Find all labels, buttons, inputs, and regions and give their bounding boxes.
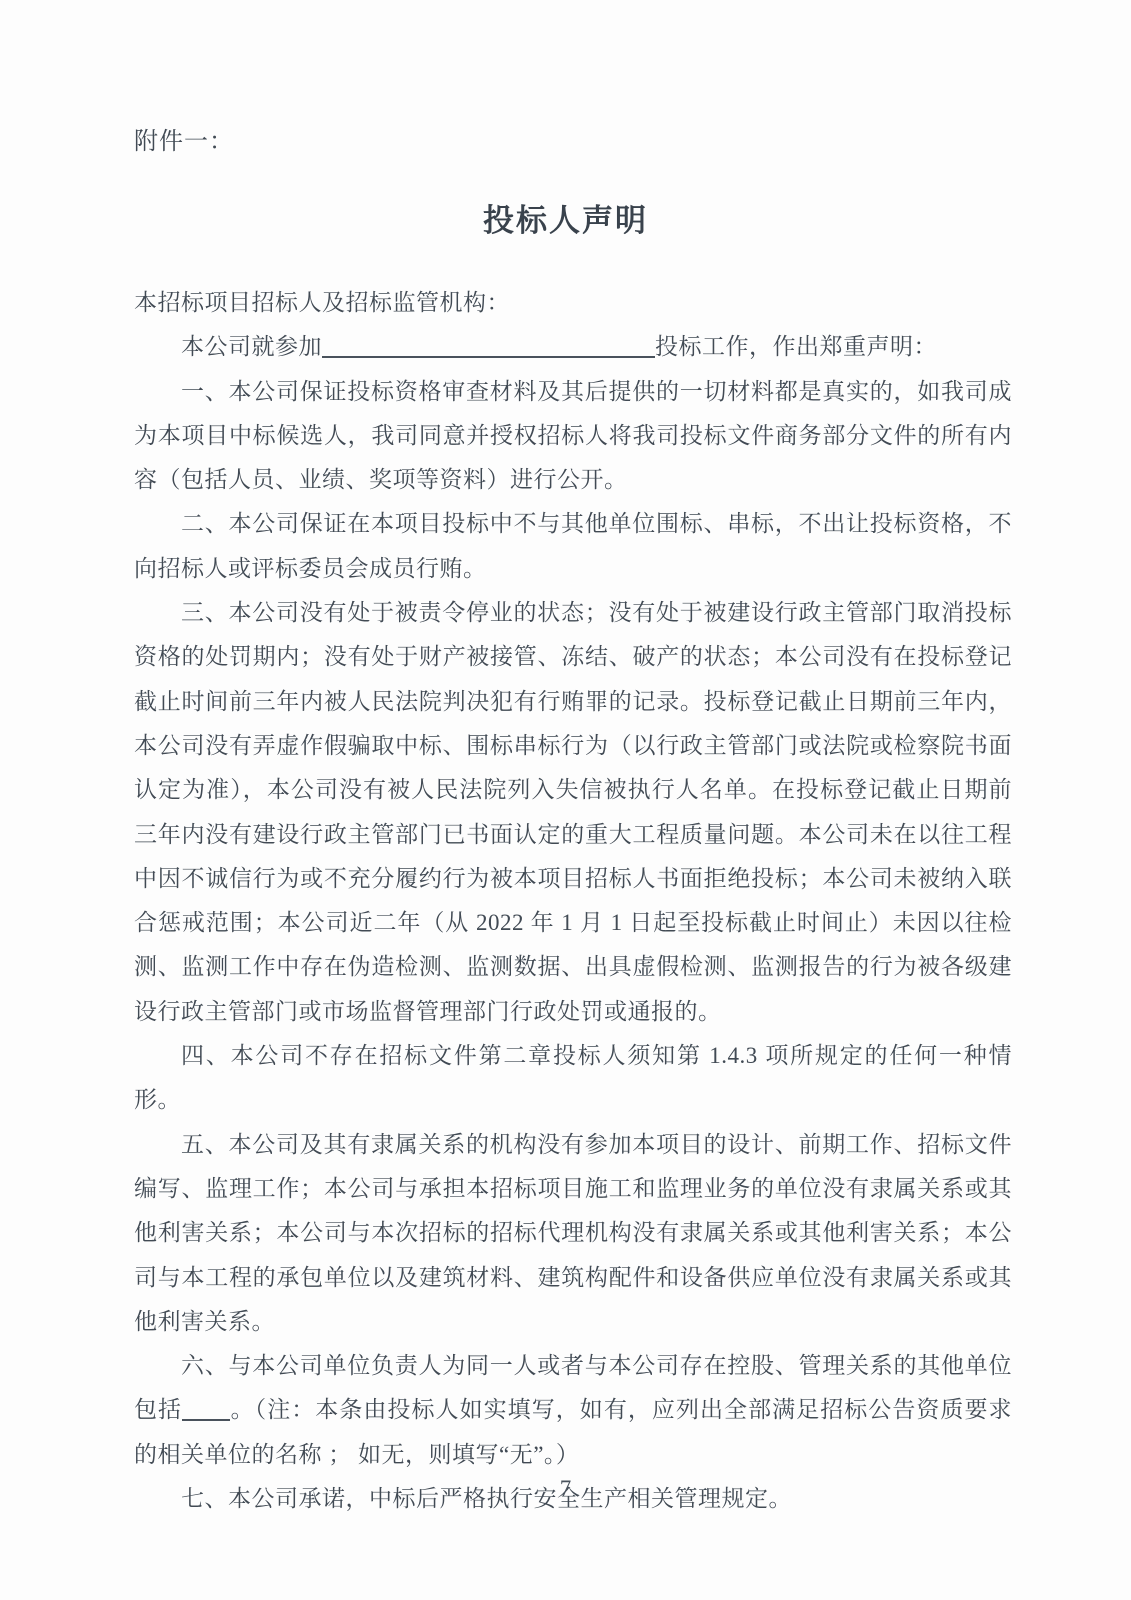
- project-name-blank-field[interactable]: [322, 333, 655, 358]
- clause-4: 四、本公司不存在招标文件第二章投标人须知第 1.4.3 项所规定的任何一种情形。: [134, 1034, 1012, 1123]
- clause-6: 六、与本公司单位负责人为同一人或者与本公司存在控股、管理关系的其他单位包括。（注…: [134, 1344, 1012, 1477]
- clause-5: 五、本公司及其有隶属关系的机构没有参加本项目的设计、前期工作、招标文件编写、监理…: [134, 1123, 1012, 1344]
- clause-6-suffix: 。（注：本条由投标人如实填写，如有，应列出全部满足招标公告资质要求的相关单位的名…: [134, 1397, 1012, 1466]
- clause-1: 一、本公司保证投标资格审查材料及其后提供的一切材料都是真实的，如我司成为本项目中…: [134, 370, 1012, 503]
- page-number: 7: [0, 1476, 1131, 1502]
- recipient-line-text: 本招标项目招标人及招标监管机构：: [134, 290, 510, 315]
- participation-prefix: 本公司就参加: [181, 334, 322, 359]
- document-title: 投标人声明: [0, 198, 1131, 244]
- attachment-label: 附件一：: [134, 126, 234, 158]
- participation-line: 本公司就参加投标工作，作出郑重声明：: [134, 325, 1012, 369]
- declaration-body: 本招标项目招标人及招标监管机构： 本公司就参加投标工作，作出郑重声明： 一、本公…: [134, 281, 1012, 1521]
- document-page: 附件一： 投标人声明 本招标项目招标人及招标监管机构： 本公司就参加投标工作，作…: [0, 0, 1131, 1600]
- recipient-line: 本招标项目招标人及招标监管机构：: [134, 281, 1012, 325]
- clause-3: 三、本公司没有处于被责令停业的状态；没有处于被建设行政主管部门取消投标资格的处罚…: [134, 591, 1012, 1034]
- participation-suffix: 投标工作，作出郑重声明：: [655, 334, 937, 359]
- clause-2: 二、本公司保证在本项目投标中不与其他单位围标、串标，不出让投标资格，不向招标人或…: [134, 502, 1012, 591]
- related-units-blank-field[interactable]: [182, 1396, 230, 1421]
